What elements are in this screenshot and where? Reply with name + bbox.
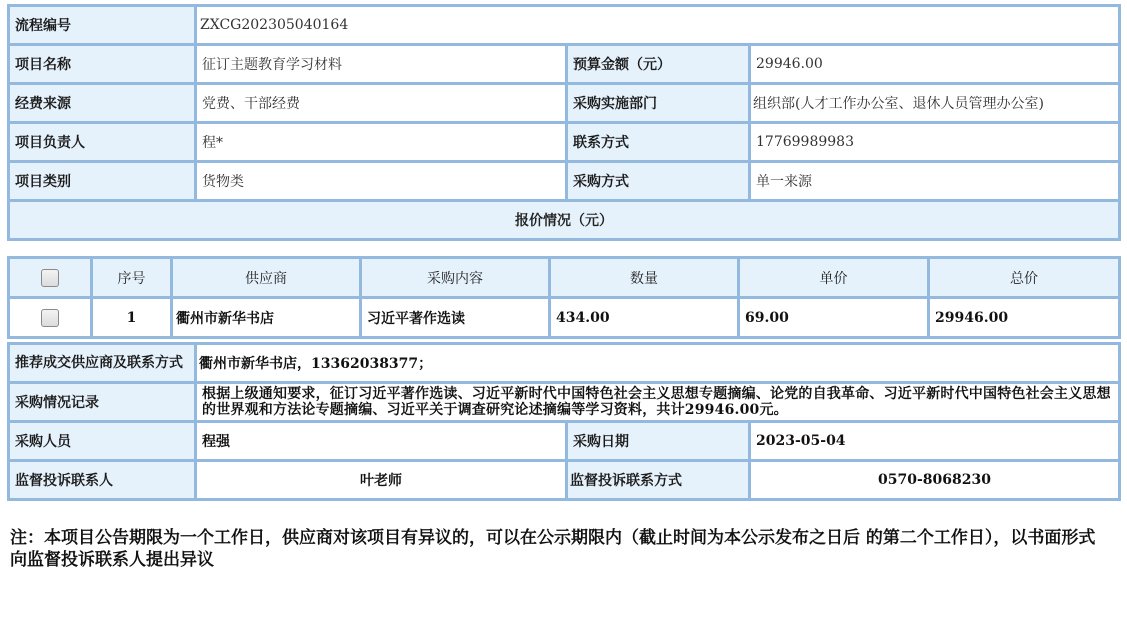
record-label: 采购情况记录 <box>9 383 196 422</box>
project-info-table: 流程编号 ZXCG202305040164 项目名称 征订主题教育学习材料 预算… <box>7 4 1121 241</box>
fund-source-value: 党费、干部经费 <box>196 84 567 123</box>
supervisor-contact-value: 0570-8068230 <box>750 461 1120 500</box>
row-total: 29946.00 <box>929 298 1120 338</box>
col-header-unit-price: 单价 <box>739 258 929 298</box>
date-value: 2023-05-04 <box>750 422 1120 461</box>
owner-label: 项目负责人 <box>9 123 196 162</box>
row-select-cell <box>9 298 92 338</box>
select-all-checkbox[interactable] <box>41 269 59 287</box>
supervisor-value: 叶老师 <box>196 461 567 500</box>
quote-header-row: 序号 供应商 采购内容 数量 单价 总价 <box>9 258 1120 298</box>
contact-label: 联系方式 <box>567 123 750 162</box>
project-name-label: 项目名称 <box>9 45 196 84</box>
select-all-cell <box>9 258 92 298</box>
budget-label: 预算金额（元） <box>567 45 750 84</box>
quote-section-title: 报价情况（元） <box>9 201 1120 240</box>
quote-table: 序号 供应商 采购内容 数量 单价 总价 1 衢州市新华书店 习近平著作选读 4… <box>7 256 1121 339</box>
budget-value: 29946.00 <box>750 45 1120 84</box>
row-no: 1 <box>92 298 172 338</box>
record-row: 采购情况记录 根据上级通知要求，征订习近平著作选读、习近平新时代中国特色社会主义… <box>9 383 1120 422</box>
recommended-row: 推荐成交供应商及联系方式 衢州市新华书店，13362038377； <box>9 344 1120 383</box>
quote-section-row: 报价情况（元） <box>9 201 1120 240</box>
project-name-row: 项目名称 征订主题教育学习材料 预算金额（元） 29946.00 <box>9 45 1120 84</box>
buyer-label: 采购人员 <box>9 422 196 461</box>
project-name-value: 征订主题教育学习材料 <box>196 45 567 84</box>
owner-value: 程* <box>196 123 567 162</box>
row-supplier: 衢州市新华书店 <box>172 298 361 338</box>
col-header-total: 总价 <box>929 258 1120 298</box>
category-value: 货物类 <box>196 162 567 201</box>
col-header-content: 采购内容 <box>361 258 550 298</box>
supervisor-row: 监督投诉联系人 叶老师 监督投诉联系方式 0570-8068230 <box>9 461 1120 500</box>
contact-value: 17769989983 <box>750 123 1120 162</box>
dept-value: 组织部(人才工作办公室、退休人员管理办公室) <box>750 84 1120 123</box>
row-checkbox[interactable] <box>41 309 59 327</box>
row-qty: 434.00 <box>550 298 739 338</box>
owner-row: 项目负责人 程* 联系方式 17769989983 <box>9 123 1120 162</box>
buyer-value: 程强 <box>196 422 567 461</box>
category-label: 项目类别 <box>9 162 196 201</box>
objection-notice: 注：本项目公告期限为一个工作日，供应商对该项目有异议的，可以在公示期限内（截止时… <box>10 527 1100 571</box>
col-header-supplier: 供应商 <box>172 258 361 298</box>
date-label: 采购日期 <box>567 422 750 461</box>
recommended-label: 推荐成交供应商及联系方式 <box>9 344 196 383</box>
recommended-value: 衢州市新华书店，13362038377； <box>196 344 1120 383</box>
col-header-no: 序号 <box>92 258 172 298</box>
process-no-value: ZXCG202305040164 <box>196 6 1120 45</box>
record-value: 根据上级通知要求，征订习近平著作选读、习近平新时代中国特色社会主义思想专题摘编、… <box>196 383 1120 422</box>
buyer-row: 采购人员 程强 采购日期 2023-05-04 <box>9 422 1120 461</box>
procurement-details-table: 推荐成交供应商及联系方式 衢州市新华书店，13362038377； 采购情况记录… <box>7 342 1121 501</box>
process-no-row: 流程编号 ZXCG202305040164 <box>9 6 1120 45</box>
table-row: 1 衢州市新华书店 习近平著作选读 434.00 69.00 29946.00 <box>9 298 1120 338</box>
supervisor-contact-label: 监督投诉联系方式 <box>567 461 750 500</box>
fund-source-row: 经费来源 党费、干部经费 采购实施部门 组织部(人才工作办公室、退休人员管理办公… <box>9 84 1120 123</box>
process-no-label: 流程编号 <box>9 6 196 45</box>
supervisor-label: 监督投诉联系人 <box>9 461 196 500</box>
method-label: 采购方式 <box>567 162 750 201</box>
dept-label: 采购实施部门 <box>567 84 750 123</box>
method-value: 单一来源 <box>750 162 1120 201</box>
col-header-qty: 数量 <box>550 258 739 298</box>
row-content: 习近平著作选读 <box>361 298 550 338</box>
category-row: 项目类别 货物类 采购方式 单一来源 <box>9 162 1120 201</box>
fund-source-label: 经费来源 <box>9 84 196 123</box>
row-unit-price: 69.00 <box>739 298 929 338</box>
